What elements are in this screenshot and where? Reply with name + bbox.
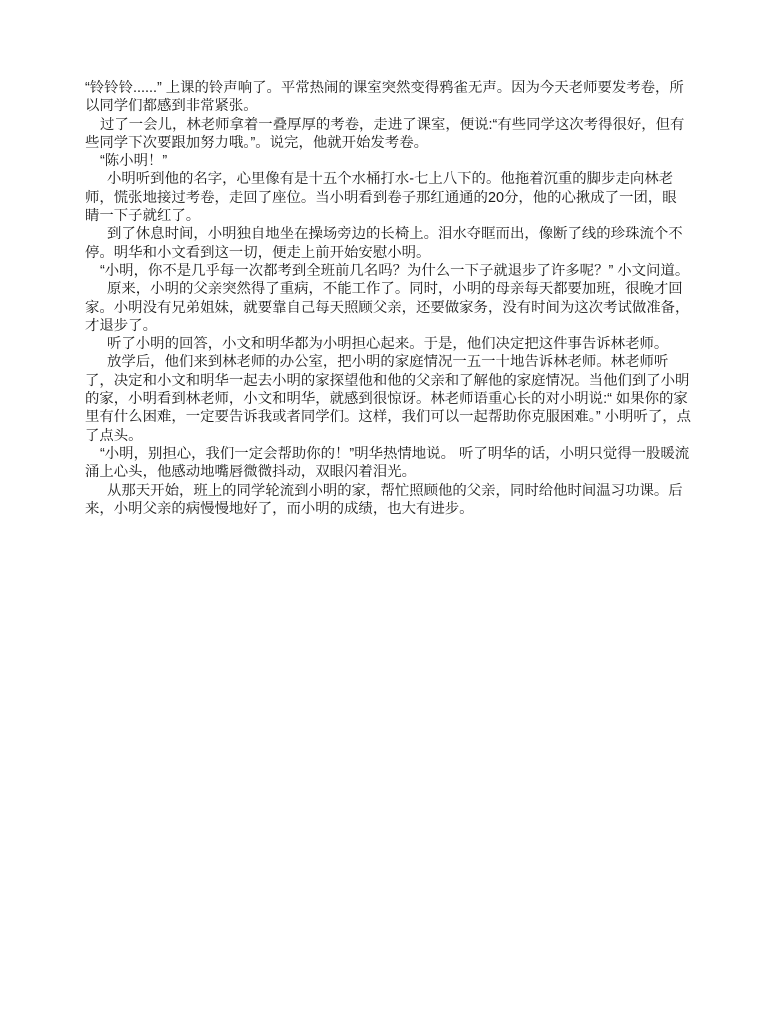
paragraph: 原来，小明的父亲突然得了重病，不能工作了。同时，小明的母亲每天都要加班，很晚才回…: [85, 280, 691, 335]
paragraph: 到了休息时间，小明独自地坐在操场旁边的长椅上。泪水夺眶而出，像断了线的珍珠流个不…: [85, 225, 691, 262]
composition-text: “铃铃铃......” 上课的铃声响了。平常热闹的课室突然变得鸦雀无声。因为今天…: [85, 79, 691, 518]
paragraph: “小明，你不是几乎每一次都考到全班前几名吗？为什么一下子就退步了许多呢？” 小文…: [85, 262, 691, 280]
paragraph: 从那天开始，班上的同学轮流到小明的家，帮忙照顾他的父亲，同时给他时间温习功课。后…: [85, 482, 691, 519]
paragraph: “陈小明！”: [85, 152, 691, 170]
paragraph: 小明听到他的名字，心里像有是十五个水桶打水-七上八下的。他拖着沉重的脚步走向林老…: [85, 170, 691, 225]
paragraph: “铃铃铃......” 上课的铃声响了。平常热闹的课室突然变得鸦雀无声。因为今天…: [85, 79, 691, 116]
paragraph: “小明，别担心，我们一定会帮助你的！”明华热情地说。 听了明华的话，小明只觉得一…: [85, 445, 691, 482]
paragraph: 放学后，他们来到林老师的办公室，把小明的家庭情况一五一十地告诉林老师。林老师听了…: [85, 353, 691, 444]
paragraph: 过了一会儿，林老师拿着一叠厚厚的考卷，走进了课室，便说:“有些同学这次考得很好，…: [85, 116, 691, 153]
paragraph: 听了小明的回答，小文和明华都为小明担心起来。于是，他们决定把这件事告诉林老师。: [85, 335, 691, 353]
document-page: “铃铃铃......” 上课的铃声响了。平常热闹的课室突然变得鸦雀无声。因为今天…: [0, 0, 768, 1024]
